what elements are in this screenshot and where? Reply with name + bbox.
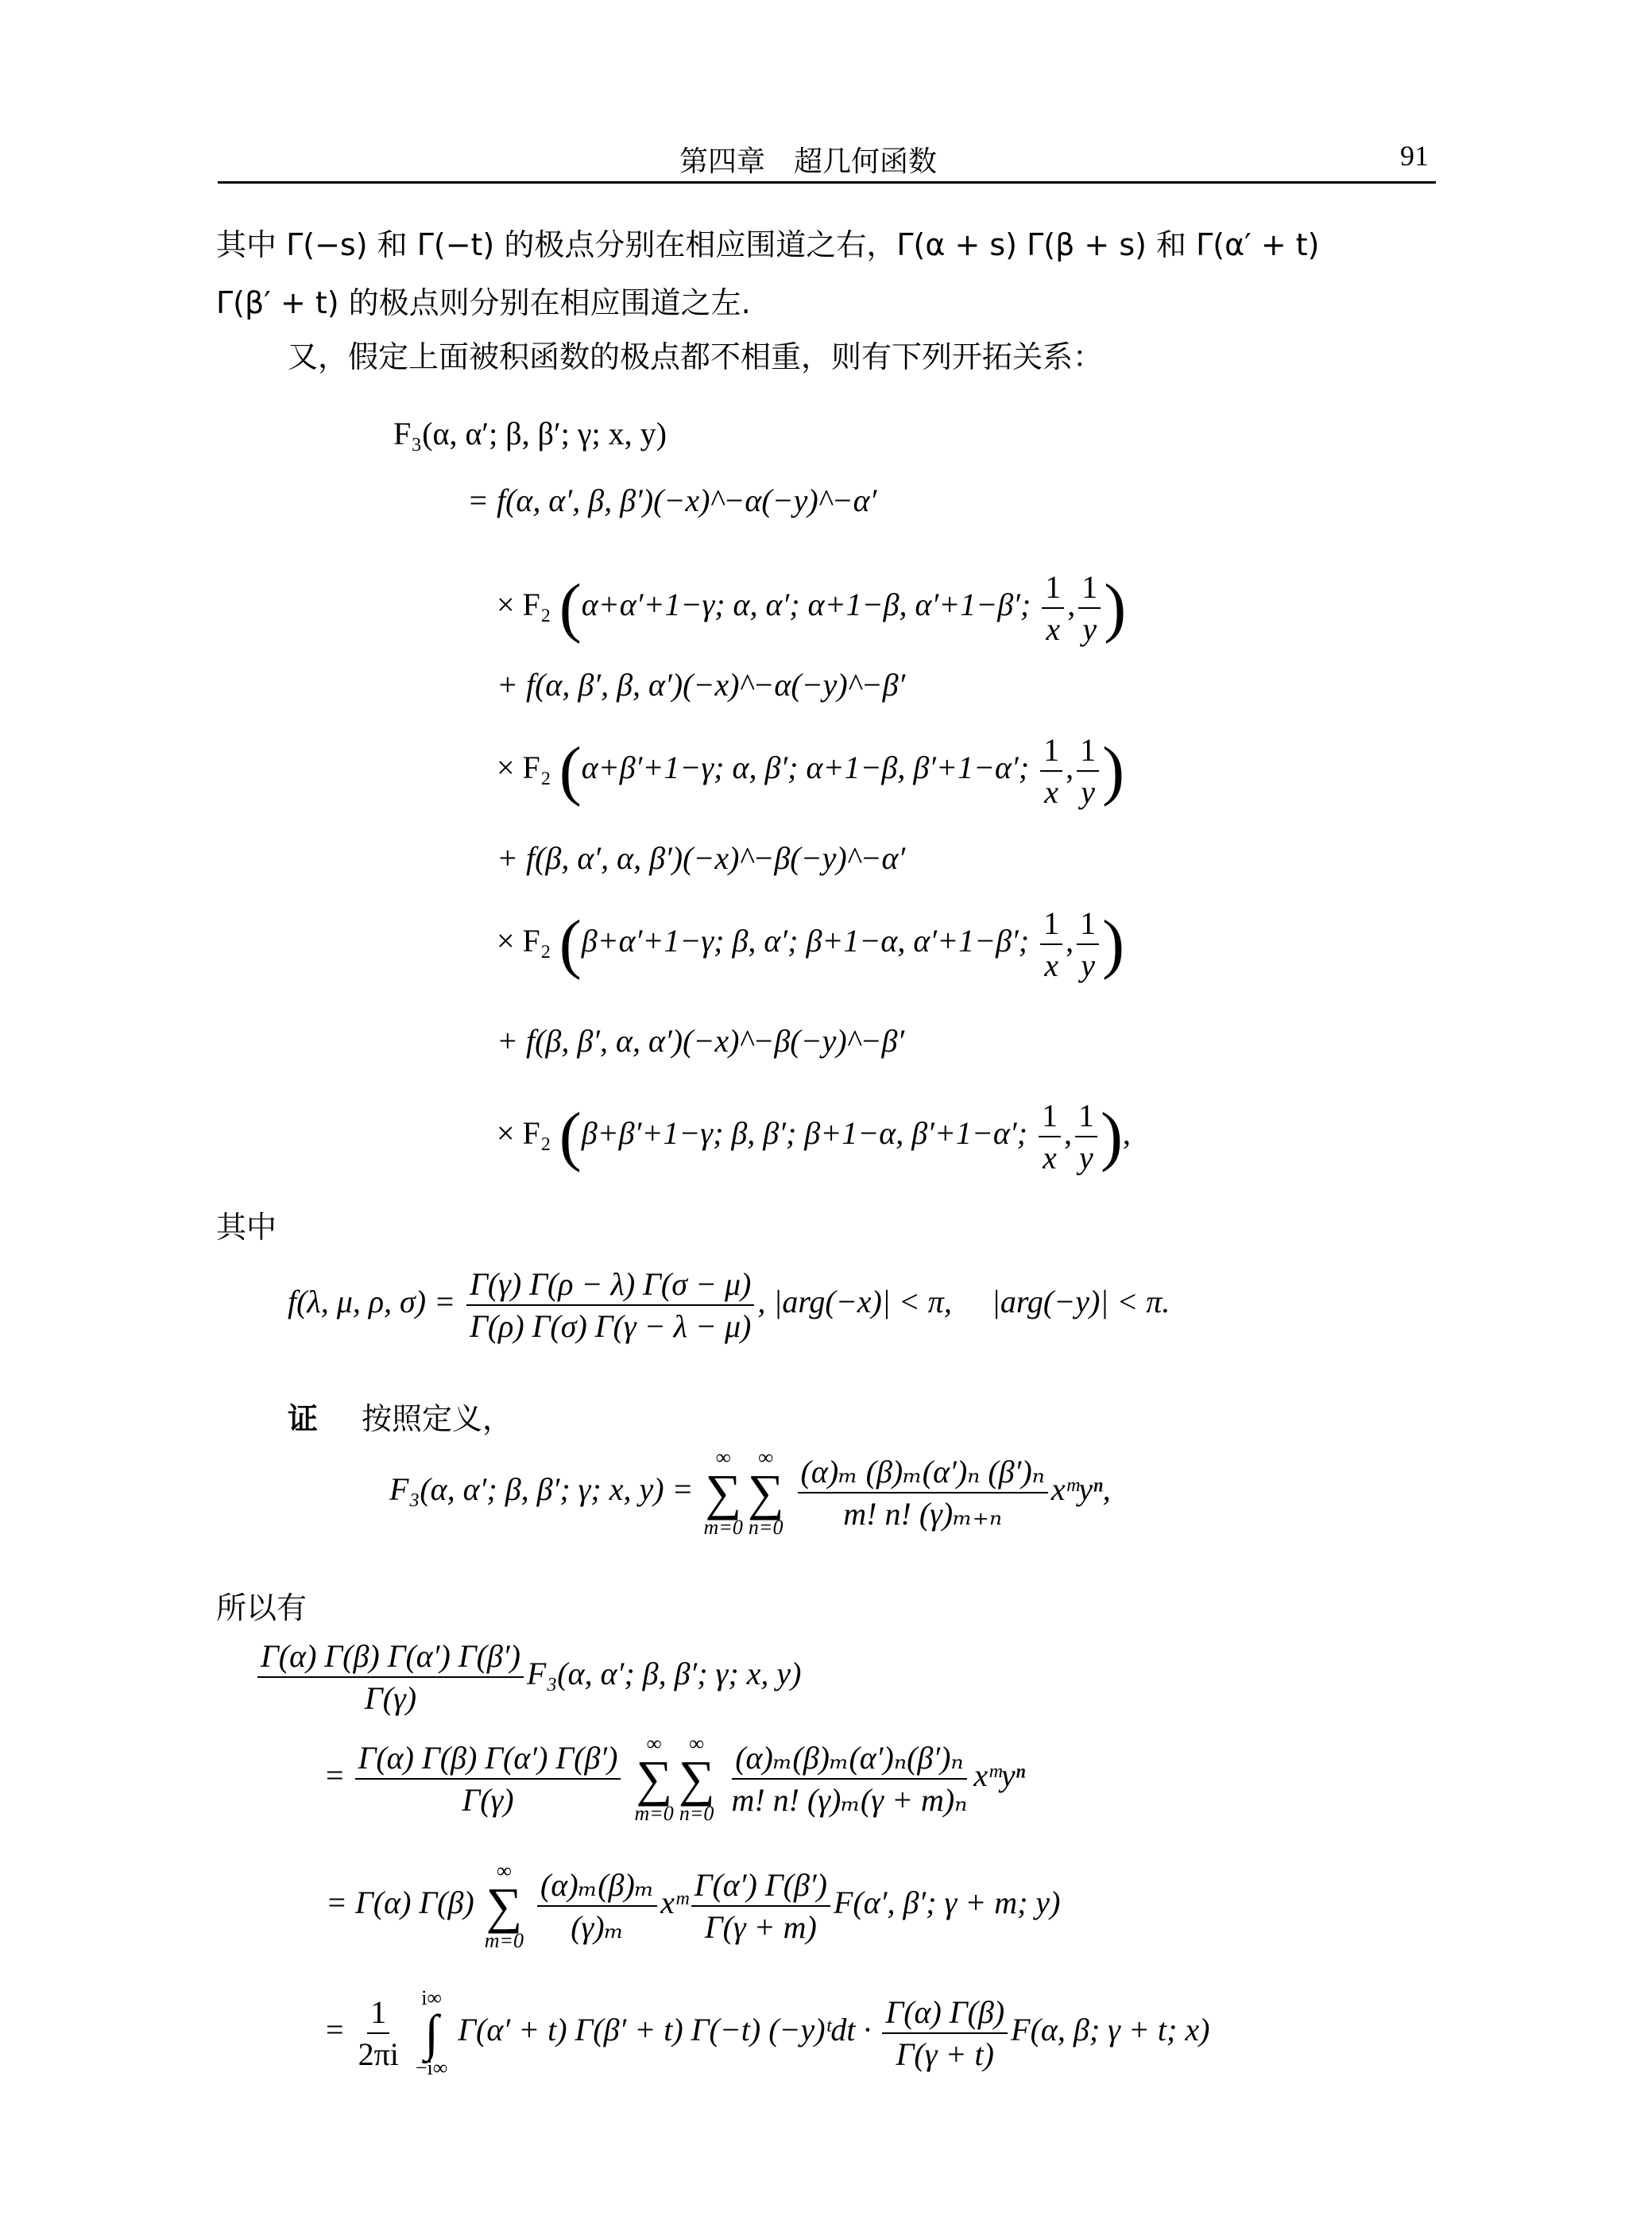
fraction-1-over-x: 1x [1040, 731, 1062, 811]
equation-line: + f(β, β′, α, α′)(−x)^−β(−y)^−β′ [497, 1022, 904, 1060]
f2-args: α+α′+1−γ; α, α′; α+1−β, α′+1−β′; [582, 587, 1031, 622]
equation-line: + f(α, β′, β, α′)(−x)^−α(−y)^−β′ [497, 666, 905, 703]
one-over-2pi-i: 12πi [355, 1993, 402, 2073]
arg-condition-y: |arg(−y)| < π. [992, 1284, 1170, 1319]
right-paren: ) [1102, 907, 1124, 981]
f3-definition: F₃(α, α′; β, β′; γ; x, y) = ∞∑m=0∞∑n=0 (… [389, 1447, 1111, 1539]
left-paren: ( [559, 907, 582, 981]
running-header-chapter-title: 第四章 超几何函数 [679, 139, 937, 180]
equation-line: × F₂ (β+β′+1−γ; β, β′; β+1−α, β′+1−α′; 1… [497, 1097, 1131, 1176]
paragraph-label: 其中 [216, 1203, 277, 1246]
integrand: Γ(α′ + t) Γ(β′ + t) Γ(−t) (−y)ᵗdt · [458, 2012, 871, 2047]
left-paren: ( [559, 571, 582, 645]
proof-label: 证 [288, 1394, 318, 1438]
contour-integral: i∞∫−i∞ [416, 1987, 447, 2079]
sum-n: ∞∑n=0 [679, 1733, 715, 1825]
derivation-line-1: Γ(α) Γ(β) Γ(α′) Γ(β′)Γ(γ)F₃(α, α′; β, β′… [254, 1637, 801, 1717]
sum-n: ∞∑n=0 [748, 1447, 784, 1539]
sum-m: ∞∑m=0 [485, 1860, 524, 1952]
equation-line: + f(β, α′, α, β′)(−x)^−β(−y)^−α′ [497, 839, 905, 877]
f2-symbol: × F₂ [497, 923, 551, 959]
f2-symbol: × F₂ [497, 1115, 551, 1151]
header-rule [218, 181, 1436, 184]
equation-line: × F₂ (α+α′+1−γ; α, α′; α+1−β, α′+1−β′; 1… [497, 568, 1126, 648]
f3-lhs: F₃(α, α′; β, β′; γ; x, y) = [389, 1471, 694, 1507]
gamma-fraction: Γ(α) Γ(β)Γ(γ + t) [882, 1993, 1008, 2073]
equation-line: × F₂ (α+β′+1−γ; α, β′; α+1−β, β′+1−α′; 1… [497, 731, 1124, 811]
f-definition: f(λ, μ, ρ, σ) = Γ(γ) Γ(ρ − λ) Γ(σ − μ)Γ(… [288, 1265, 1170, 1345]
left-paren: ( [559, 1099, 582, 1173]
series-tail: xᵐyⁿ, [1051, 1471, 1111, 1507]
pochhammer-fraction: (α)ₘ(β)ₘ(γ)ₘ [537, 1866, 657, 1946]
page-number: 91 [1400, 139, 1429, 172]
gamma-fraction: Γ(α) Γ(β) Γ(α′) Γ(β′)Γ(γ) [257, 1637, 524, 1717]
right-paren: ) [1104, 571, 1126, 645]
equation-line: = f(α, α′, β, β′)(−x)^−α(−y)^−α′ [467, 482, 876, 519]
fraction-1-over-y: 1y [1077, 905, 1099, 984]
sum-m: ∞∑m=0 [634, 1733, 673, 1825]
fraction-1-over-x: 1x [1042, 568, 1064, 648]
fraction-1-over-y: 1y [1078, 568, 1101, 648]
sum-m: ∞∑m=0 [704, 1447, 743, 1539]
right-paren: ) [1101, 1099, 1123, 1173]
gamma-fraction: Γ(α′) Γ(β′)Γ(γ + m) [691, 1866, 830, 1946]
paragraph-line: Γ(β′ + t) 的极点则分别在相应围道之左. [216, 278, 751, 322]
paragraph-line: 其中 Γ(−s) 和 Γ(−t) 的极点分别在相应围道之右，Γ(α + s) Γ… [216, 220, 1320, 264]
left-paren: ( [559, 734, 582, 808]
paragraph-line: 又，假定上面被积函数的极点都不相重，则有下列开拓关系： [288, 332, 1103, 376]
f-fraction: Γ(γ) Γ(ρ − λ) Γ(σ − μ)Γ(ρ) Γ(σ) Γ(γ − λ … [466, 1265, 754, 1345]
f2-symbol: × F₂ [497, 750, 551, 785]
series-term-fraction: (α)ₘ (β)ₘ(α′)ₙ (β′)ₙm! n! (γ)ₘ₊ₙ [798, 1453, 1048, 1532]
f2-args: α+β′+1−γ; α, β′; α+1−β, β′+1−α′; [582, 750, 1029, 785]
fraction-1-over-y: 1y [1077, 731, 1099, 811]
f2-args: β+β′+1−γ; β, β′; β+1−α, β′+1−α′; [582, 1115, 1027, 1151]
f2-symbol: × F₂ [497, 587, 551, 622]
equation-lhs: F₃(α, α′; β, β′; γ; x, y) [393, 415, 667, 452]
fraction-1-over-y: 1y [1075, 1097, 1097, 1176]
gamma-fraction: Γ(α) Γ(β) Γ(α′) Γ(β′)Γ(γ) [355, 1739, 621, 1819]
f-lhs: f(λ, μ, ρ, σ) = [288, 1284, 455, 1319]
f3-expression: F₃(α, α′; β, β′; γ; x, y) [527, 1656, 802, 1691]
fraction-1-over-x: 1x [1039, 1097, 1061, 1176]
fraction-1-over-x: 1x [1040, 905, 1062, 984]
derivation-line-2: = Γ(α) Γ(β) Γ(α′) Γ(β′)Γ(γ) ∞∑m=0∞∑n=0 (… [326, 1733, 1025, 1825]
f2-args: β+α′+1−γ; β, α′; β+1−α, α′+1−β′; [582, 923, 1029, 959]
proof-text: 按照定义， [362, 1394, 513, 1438]
arg-condition-x: , |arg(−x)| < π, [757, 1284, 952, 1319]
series-term-fraction: (α)ₘ(β)ₘ(α′)ₙ(β′)ₙm! n! (γ)ₘ(γ + m)ₙ [728, 1739, 970, 1819]
derivation-line-3: = Γ(α) Γ(β) ∞∑m=0 (α)ₘ(β)ₘ(γ)ₘxᵐΓ(α′) Γ(… [326, 1860, 1060, 1952]
equation-line: × F₂ (β+α′+1−γ; β, α′; β+1−α, α′+1−β′; 1… [497, 905, 1124, 984]
right-paren: ) [1102, 734, 1124, 808]
derivation-line-4: = 12πi i∞∫−i∞ Γ(α′ + t) Γ(β′ + t) Γ(−t) … [326, 1987, 1209, 2079]
paragraph-label: 所以有 [216, 1583, 307, 1627]
